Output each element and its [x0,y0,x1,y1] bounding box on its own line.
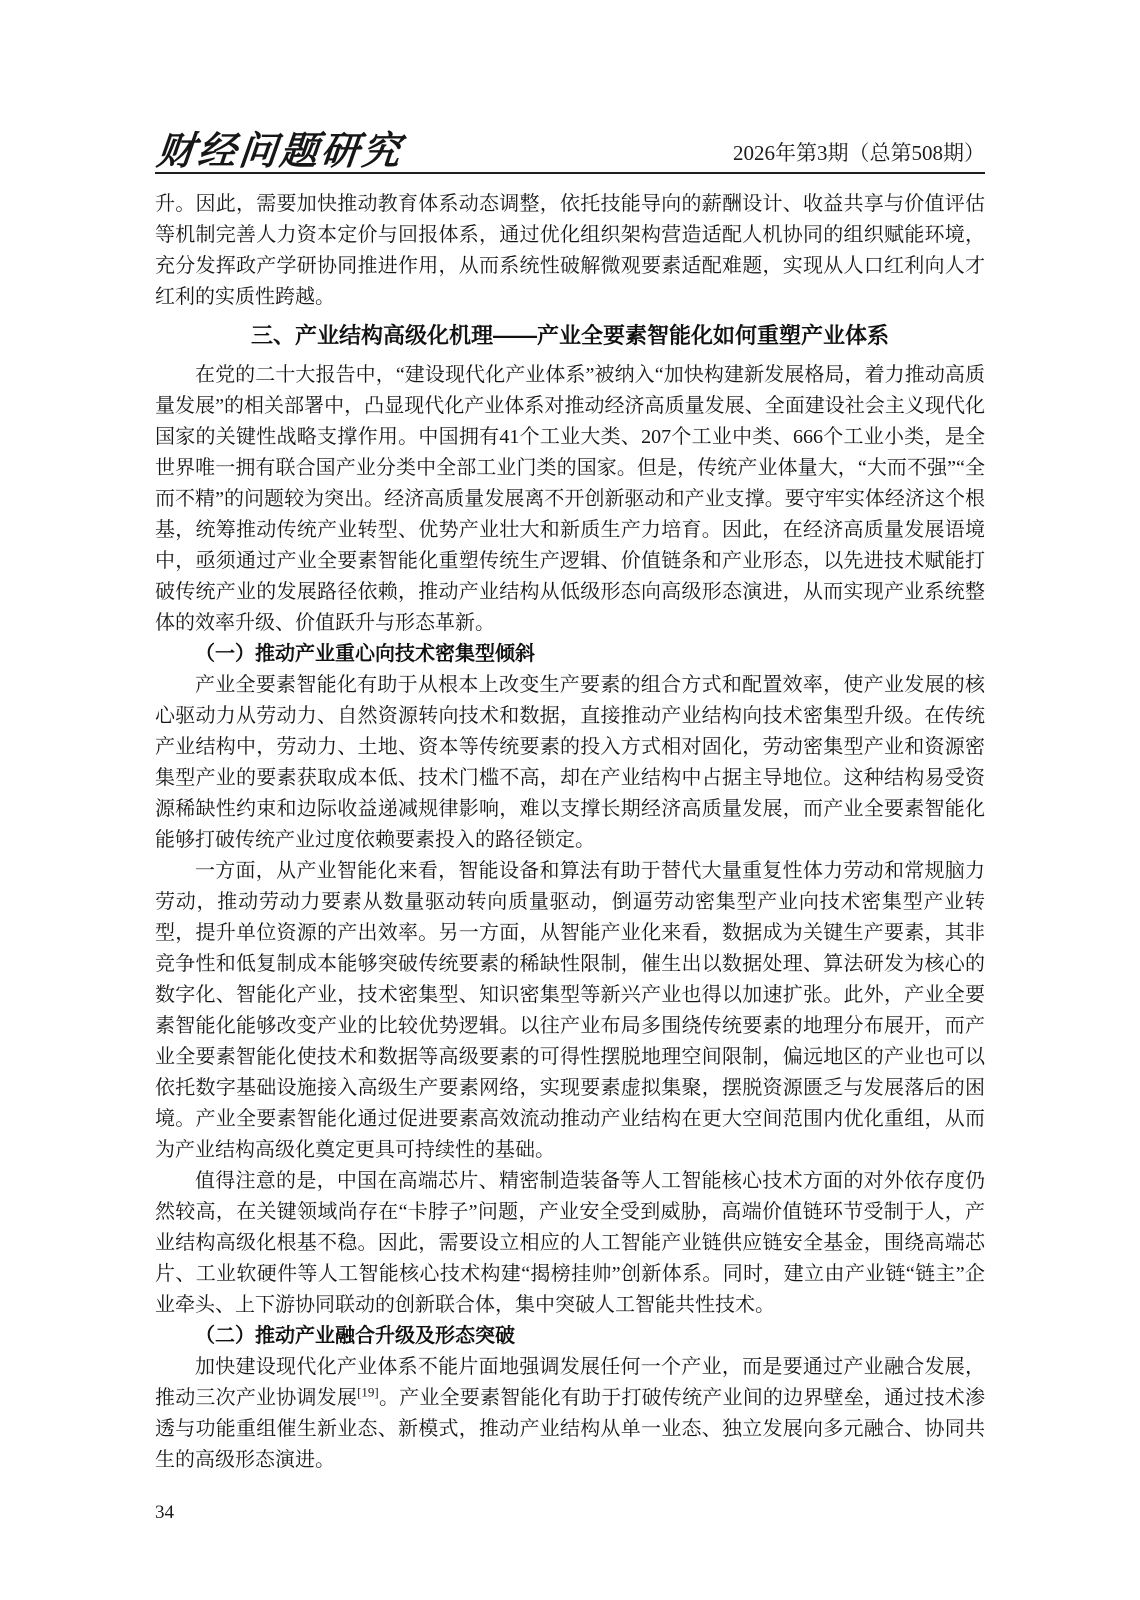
paragraph-continuation: 升。因此，需要加快推动教育体系动态调整，依托技能导向的薪酬设计、收益共享与价值评… [155,189,985,313]
page-number: 34 [155,1497,174,1528]
subsection-heading-2: （二）推动产业融合升级及形态突破 [155,1321,985,1352]
article-body: 升。因此，需要加快推动教育体系动态调整，依托技能导向的薪酬设计、收益共享与价值评… [155,189,985,1528]
paragraph-industry-fusion: 加快建设现代化产业体系不能片面地强调发展任何一个产业，而是要通过产业融合发展，推… [155,1352,985,1476]
header-rule [155,172,985,174]
page-header: 财经问题研究 2026年第3期（总第508期） [155,118,985,170]
paragraph-risks: 值得注意的是，中国在高端芯片、精密制造装备等人工智能核心技术方面的对外依存度仍然… [155,1166,985,1321]
journal-page: 财经问题研究 2026年第3期（总第508期） 升。因此，需要加快推动教育体系动… [0,0,1140,1600]
subsection-heading-1: （一）推动产业重心向技术密集型倾斜 [155,639,985,670]
section-heading: 三、产业结构高级化机理——产业全要素智能化如何重塑产业体系 [155,321,985,351]
issue-info: 2026年第3期（总第508期） [733,143,985,170]
paragraph-two-aspects: 一方面，从产业智能化来看，智能设备和算法有助于替代大量重复性体力劳动和常规脑力劳… [155,856,985,1166]
paragraph-tech-intensive: 产业全要素智能化有助于从根本上改变生产要素的组合方式和配置效率，使产业发展的核心… [155,670,985,856]
footnote-reference: [19] [357,1384,379,1399]
journal-logo: 财经问题研究 [155,131,405,170]
paragraph-overview: 在党的二十大报告中，“建设现代化产业体系”被纳入“加快构建新发展格局，着力推动高… [155,360,985,639]
